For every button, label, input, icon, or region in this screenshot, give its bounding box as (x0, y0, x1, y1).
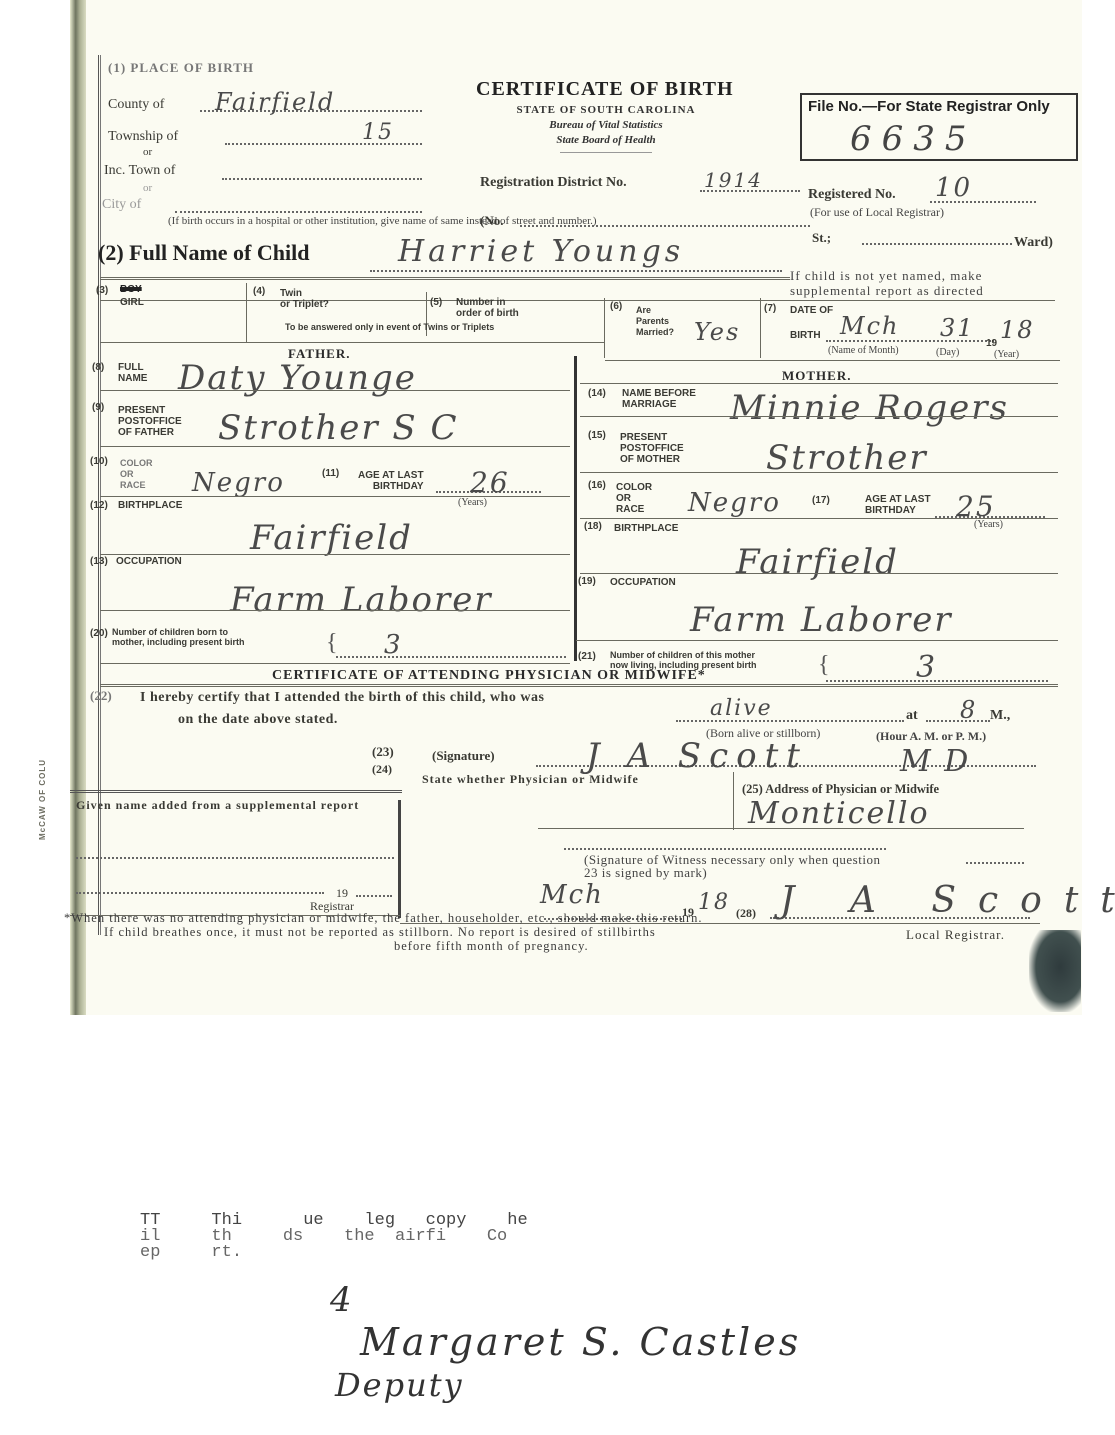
supplemental-name-field[interactable] (76, 857, 394, 859)
father-name-label: FULL NAME (118, 362, 147, 384)
attestation-mark: 4 (330, 1280, 354, 1320)
certify-text-2: on the date above stated. (178, 712, 338, 728)
mother-birthplace-num: (18) (584, 521, 602, 532)
file-number-value: 6635 (850, 119, 977, 159)
dob-caption-year: (Year) (994, 349, 1019, 360)
dob-year-prefix: 19 (986, 338, 997, 349)
children-born-value: 3 (384, 630, 403, 660)
mother-occupation-value: Farm Laborer (690, 600, 953, 640)
father-age-value: 26 (470, 466, 510, 499)
physician-address-value: Monticello (748, 796, 930, 831)
full-name-label: (2) Full Name of Child (98, 240, 309, 266)
witness-extra-field[interactable] (966, 862, 1024, 864)
footnote-line1: *When there was no attending physician o… (64, 911, 1032, 925)
street-no-label: (No. (480, 213, 503, 229)
father-name-num: (8) (92, 362, 104, 373)
supplemental-date-field[interactable] (76, 892, 324, 894)
registered-note: (For use of Local Registrar) (810, 205, 944, 220)
father-postoffice-value: Strother S C (218, 408, 459, 448)
dob-label-birth: BIRTH (790, 330, 821, 341)
father-occupation-num: (13) (90, 556, 108, 567)
father-race-label: COLOR OR RACE (120, 458, 153, 491)
deputy-signature: Margaret S. Castles (360, 1320, 801, 1364)
mother-occupation-label: OCCUPATION (610, 577, 676, 588)
full-name-value: Harriet Youngs (398, 234, 684, 269)
rule (100, 446, 570, 447)
children-living-label: Number of children of this mother now li… (610, 650, 757, 670)
father-name-value: Daty Younge (178, 358, 417, 398)
ward-label: Ward) (1014, 235, 1053, 251)
district-label: Registration District No. (480, 175, 627, 191)
twin-label: Twin or Triplet? (280, 288, 329, 310)
footnote-line2: If child breathes once, it must not be r… (64, 925, 1032, 939)
children-born-num: (20) (90, 628, 108, 639)
father-birthplace-label: BIRTHPLACE (118, 500, 182, 511)
board-subtitle: State Board of Health (488, 134, 724, 146)
side-imprint: McCAW OF COLU (38, 759, 47, 840)
mother-race-value: Negro (688, 488, 781, 518)
father-birthplace-value: Fairfield (250, 518, 413, 558)
dob-year: 18 (1000, 316, 1035, 344)
married-label: Are Parents Married? (636, 305, 674, 338)
sex-num: (3) (96, 285, 108, 296)
physician-signature-value: J A Scott (586, 736, 808, 776)
married-num: (6) (610, 301, 622, 312)
rule (580, 573, 1058, 574)
children-living-num: (21) (578, 651, 596, 662)
registered-no-value: 10 (935, 173, 972, 203)
footnote-line3: before fifth month of pregnancy. (64, 939, 1032, 953)
twin-num: (4) (253, 286, 265, 297)
father-race-num: (10) (90, 456, 108, 467)
physician-address-label: (25) Address of Physician or Midwife (742, 782, 939, 797)
inc-town-label: Inc. Town of (104, 163, 175, 179)
unnamed-note-line2: supplemental report as directed (790, 283, 984, 299)
district-value: 1914 (704, 168, 763, 192)
certify-text: I hereby certify that I attended the bir… (140, 690, 544, 706)
or-connector: or (143, 182, 152, 194)
rule (100, 496, 570, 497)
township-value: 15 (362, 120, 394, 145)
order-num: (5) (430, 297, 442, 308)
ward-field[interactable] (862, 243, 1012, 245)
sex-struck-option: BOY (120, 284, 142, 295)
rule (100, 610, 570, 611)
footnote: *When there was no attending physician o… (64, 911, 1032, 953)
father-birthplace-num: (12) (90, 500, 108, 511)
mother-name-value: Minnie Rogers (730, 388, 1009, 428)
divider (733, 772, 734, 830)
witness-signature-field[interactable] (564, 848, 886, 850)
street-field[interactable] (520, 225, 810, 227)
mother-occupation-num: (19) (578, 576, 596, 587)
father-occupation-value: Farm Laborer (230, 580, 493, 620)
rule (100, 277, 790, 280)
children-born-label: Number of children born to mother, inclu… (112, 627, 245, 647)
dob-month: Mch (840, 312, 899, 340)
divider (246, 283, 247, 343)
supplemental-year-field[interactable] (356, 895, 392, 897)
county-value: Fairfield (215, 88, 335, 116)
city-label: City of (102, 197, 141, 213)
dob-day: 31 (940, 314, 975, 342)
rule (576, 640, 1058, 641)
unnamed-note-line1: If child is not yet named, make (790, 268, 982, 284)
rule (70, 790, 402, 793)
signature-num: (23) (372, 744, 394, 760)
document-title: CERTIFICATE OF BIRTH (476, 78, 734, 101)
mother-name-num: (14) (588, 388, 606, 399)
children-living-value: 3 (916, 650, 937, 685)
father-age-num: (11) (322, 468, 339, 479)
rule (100, 300, 1055, 301)
physician-certificate-heading: CERTIFICATE OF ATTENDING PHYSICIAN OR MI… (272, 668, 706, 684)
rule (538, 828, 1024, 829)
father-race-value: Negro (192, 468, 285, 498)
inc-town-field[interactable] (222, 178, 422, 180)
divider (760, 298, 761, 358)
signature-label: (Signature) (432, 748, 495, 764)
rule (100, 684, 1058, 687)
rule (605, 360, 1060, 361)
parents-divider (574, 356, 577, 661)
father-age-label: AGE AT LAST BIRTHDAY (358, 470, 424, 492)
rule (580, 518, 1058, 519)
hour-value: 8 (960, 696, 977, 724)
married-value: Yes (694, 318, 740, 346)
rule (100, 554, 570, 555)
rule (100, 663, 570, 664)
type-num: (24) (372, 762, 392, 777)
brace: { (818, 652, 830, 679)
mother-birthplace-value: Fairfield (736, 542, 899, 582)
street-label: St.; (812, 230, 831, 246)
mother-postoffice-label: PRESENT POSTOFFICE OF MOTHER (620, 432, 684, 465)
witness-caption: (Signature of Witness necessary only whe… (584, 853, 894, 879)
mother-race-num: (16) (588, 480, 606, 491)
file-number-box: File No.—For State Registrar Only 6635 (800, 93, 1078, 161)
dob-label: DATE OF (790, 305, 833, 316)
mother-postoffice-num: (15) (588, 430, 606, 441)
divider (398, 800, 401, 918)
rule (100, 390, 570, 391)
at-label: at (906, 708, 918, 724)
hour-caption: (Hour A. M. or P. M.) (876, 729, 986, 744)
filed-month: Mch (540, 880, 604, 910)
mother-race-label: COLOR OR RACE (616, 482, 652, 515)
father-postoffice-label: PRESENT POSTOFFICE OF FATHER (118, 405, 182, 438)
twin-note: To be answered only in event of Twins or… (285, 322, 494, 333)
dob-caption-day: (Day) (936, 347, 959, 358)
mother-age-caption: (Years) (974, 519, 1003, 530)
brace: { (326, 630, 338, 657)
dob-num: (7) (764, 303, 776, 314)
father-occupation-label: OCCUPATION (116, 556, 182, 567)
supplemental-label: Given name added from a supplemental rep… (76, 798, 396, 812)
or-connector: or (143, 146, 152, 158)
divider (604, 298, 605, 358)
corner-stain (1029, 930, 1081, 1012)
city-field[interactable] (175, 211, 422, 213)
mother-heading: MOTHER. (782, 368, 851, 384)
rule (580, 472, 1058, 473)
sex-value[interactable]: GIRL (120, 297, 144, 308)
mother-birthplace-label: BIRTHPLACE (614, 523, 678, 534)
torn-left-edge (70, 0, 86, 1015)
type-label: State whether Physician or Midwife (422, 772, 639, 787)
rule (580, 416, 1058, 417)
born-alive-value: alive (710, 696, 773, 721)
rule (580, 383, 1058, 384)
file-number-header: File No.—For State Registrar Only (802, 95, 1076, 118)
certify-num: (22) (90, 688, 112, 704)
county-label: County of (108, 97, 164, 113)
bureau-subtitle: Bureau of Vital Statistics (488, 119, 724, 131)
mother-age-label: AGE AT LAST BIRTHDAY (865, 494, 931, 516)
father-age-caption: (Years) (458, 497, 487, 508)
full-name-field[interactable] (370, 270, 782, 272)
title-rule (560, 152, 652, 153)
hour-field[interactable] (926, 720, 990, 722)
father-postoffice-num: (9) (92, 402, 104, 413)
rule (100, 342, 605, 343)
physician-type-value: M D (900, 744, 970, 779)
deputy-title: Deputy (335, 1366, 464, 1404)
children-born-field[interactable] (336, 656, 566, 658)
registered-no-label: Registered No. (808, 187, 896, 203)
township-label: Township of (108, 129, 178, 145)
mother-age-num: (17) (812, 495, 830, 506)
mother-name-label: NAME BEFORE MARRIAGE (622, 388, 696, 410)
dob-caption-month: (Name of Month) (828, 345, 899, 356)
place-of-birth-heading: (1) PLACE OF BIRTH (108, 60, 254, 76)
state-subtitle: STATE OF SOUTH CAROLINA (488, 104, 724, 116)
m-label: M., (990, 708, 1010, 724)
order-label: Number in order of birth (456, 297, 519, 319)
attestation-line3: ep rt. (140, 1244, 242, 1262)
